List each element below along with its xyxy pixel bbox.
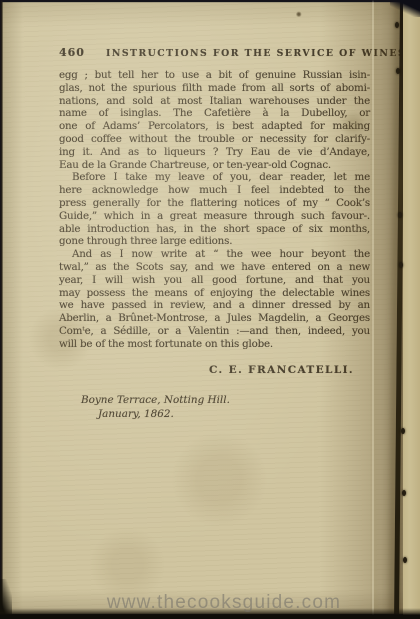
paragraph: egg ; but tell her to use a bit of genui… [59, 69, 370, 171]
text-line: one of Adams’ Percolators, is best adapt… [59, 120, 370, 133]
binding-stitch [396, 68, 400, 74]
page-number: 460 [59, 46, 85, 59]
text-line: press generally for the flattering notic… [59, 197, 370, 210]
running-title: INSTRUCTIONS FOR THE SERVICE OF WINES. [106, 48, 411, 59]
photo-corner-dark [390, 0, 420, 17]
paragraph: And as I now write at “ the wee hour bey… [59, 248, 370, 350]
photo-edge-left [0, 0, 3, 619]
text-line: Before I take my leave of you, dear read… [59, 171, 370, 184]
text-line: egg ; but tell her to use a bit of genui… [59, 69, 370, 82]
binding-stitch [401, 428, 405, 434]
address-line: Boyne Terrace, Notting Hill. [81, 393, 230, 407]
binding-stitch [399, 262, 403, 268]
photo-edge-top [0, 0, 420, 3]
book-photo: 460 INSTRUCTIONS FOR THE SERVICE OF WINE… [0, 0, 420, 619]
author-signature: C. E. FRANCATELLI. [59, 364, 354, 376]
text-line: able introduction has, in the short spac… [59, 223, 370, 236]
page-crease [372, 0, 374, 619]
binding-stitch [395, 22, 399, 28]
text-line: Aberlin, a Brûnet-Montrose, a Jules Magd… [59, 312, 370, 325]
text-line: here acknowledge how much I feel indebte… [59, 184, 370, 197]
text-line: And as I now write at “ the wee hour bey… [59, 248, 370, 261]
text-line: will be of the most fortunate on this gl… [59, 338, 370, 351]
text-line: Guide,” which in a great measure through… [59, 210, 370, 223]
text-line: year, I will wish you all good fortune, … [59, 274, 370, 287]
binding-stitch [403, 557, 407, 563]
text-line: Eau de la Grande Chartreuse, or ten-year… [59, 159, 370, 172]
text-line: nations, and sold at most Italian wareho… [59, 95, 370, 108]
binding-stitch [402, 490, 406, 496]
text-line: glas, not the spurious filth made from a… [59, 82, 370, 95]
body-text: egg ; but tell her to use a bit of genui… [59, 69, 370, 351]
binding-stitch [398, 212, 402, 218]
next-page-edge [403, 0, 420, 619]
text-line: Comᵗe, a Sédille, or a Valentin :—and th… [59, 325, 370, 338]
paragraph: Before I take my leave of you, dear read… [59, 171, 370, 248]
watermark-text: www.thecooksguide.com [0, 592, 420, 614]
running-header: 460 INSTRUCTIONS FOR THE SERVICE OF WINE… [59, 46, 371, 59]
text-line: good coffee without the trouble or neces… [59, 133, 370, 146]
text-line: ing it. And as to liqueurs ? Try Eau de … [59, 146, 370, 159]
text-line: name of isinglas. The Cafetière à la Dub… [59, 107, 370, 120]
address-block: Boyne Terrace, Notting Hill. January, 18… [81, 393, 230, 421]
text-line: gone through three large editions. [59, 235, 370, 248]
page-scan: 460 INSTRUCTIONS FOR THE SERVICE OF WINE… [2, 2, 420, 614]
text-line: we have passed in review, and a dinner d… [59, 299, 370, 312]
address-date: January, 1862. [81, 407, 230, 421]
text-line: may possess the means of enjoying the de… [59, 287, 370, 300]
text-line: twal,” as the Scots say, and we have ent… [59, 261, 370, 274]
